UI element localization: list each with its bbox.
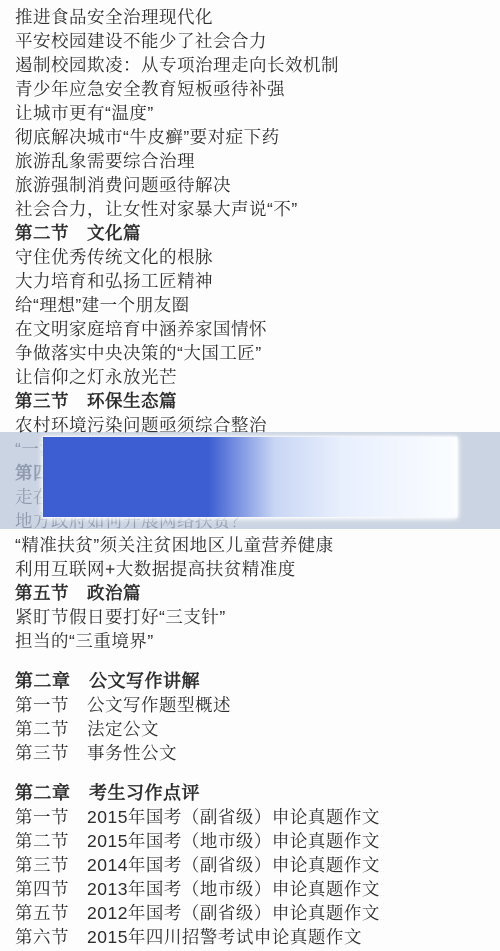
document-page: 推进食品安全治理现代化平安校园建设不能少了社会合力遏制校园欺凌：从专项治理走向长… <box>0 0 500 951</box>
toc-section-heading: 第二节 文化篇 <box>15 221 500 245</box>
toc-line: 让信仰之灯永放光芒 <box>15 365 500 389</box>
toc-chapter-heading: 第二章 公文写作讲解 <box>15 669 500 693</box>
toc-line: 守住优秀传统文化的根脉 <box>15 245 500 269</box>
toc-section-heading: 第五节 政治篇 <box>15 581 500 605</box>
toc-section-heading: 第三节 环保生态篇 <box>15 389 500 413</box>
toc-line: 给“理想”建一个朋友圈 <box>15 293 500 317</box>
toc-line: 走在共享发展的途中 <box>15 485 500 509</box>
toc-section-heading: 第四节 经济篇 <box>15 461 500 485</box>
toc-line: 第一节 公文写作题型概述 <box>15 693 500 717</box>
toc-line: 旅游强制消费问题亟待解决 <box>15 173 500 197</box>
toc-line: 第四节 2013年国考（地市级）申论真题作文 <box>15 877 500 901</box>
toc-line: 农村环境污染问题亟须综合整治 <box>15 413 500 437</box>
toc-line: 让城市更有“温度” <box>15 101 500 125</box>
toc-chapter-heading: 第二章 考生习作点评 <box>15 781 500 805</box>
toc-line: 利用互联网+大数据提高扶贫精准度 <box>15 557 500 581</box>
toc-line: 紧盯节假日要打好“三支针” <box>15 605 500 629</box>
toc-line: 第一节 2015年国考（副省级）申论真题作文 <box>15 805 500 829</box>
toc-line: 青少年应急安全教育短板亟待补强 <box>15 77 500 101</box>
toc-line: 平安校园建设不能少了社会合力 <box>15 29 500 53</box>
toc-line: 第三节 事务性公文 <box>15 741 500 765</box>
toc-line: 第六节 2015年四川招警考试申论真题作文 <box>15 925 500 949</box>
toc-line: 第二节 2015年国考（地市级）申论真题作文 <box>15 829 500 853</box>
toc-line: “精准扶贫”须关注贫困地区儿童营养健康 <box>15 533 500 557</box>
toc-line: 遏制校园欺凌：从专项治理走向长效机制 <box>15 53 500 77</box>
toc-line: 大力培育和弘扬工匠精神 <box>15 269 500 293</box>
toc-line: 第二节 法定公文 <box>15 717 500 741</box>
toc-line: 地方政府如何开展网络扶贫？ <box>15 509 500 533</box>
toc-line: 旅游乱象需要综合治理 <box>15 149 500 173</box>
toc-line: 第三节 2014年国考（副省级）申论真题作文 <box>15 853 500 877</box>
toc-line: 推进食品安全治理现代化 <box>15 5 500 29</box>
toc-line: 争做落实中央决策的“大国工匠” <box>15 341 500 365</box>
toc-line: 社会合力，让女性对家暴大声说“不” <box>15 197 500 221</box>
table-of-contents: 推进食品安全治理现代化平安校园建设不能少了社会合力遏制校园欺凌：从专项治理走向长… <box>15 5 500 949</box>
toc-line: 在文明家庭培育中涵养家国情怀 <box>15 317 500 341</box>
toc-line: 第五节 2012年国考（副省级）申论真题作文 <box>15 901 500 925</box>
toc-line: 担当的“三重境界” <box>15 629 500 653</box>
toc-line: “一河一策”应如何精准实施？ <box>15 437 500 461</box>
toc-line: 彻底解决城市“牛皮癣”要对症下药 <box>15 125 500 149</box>
